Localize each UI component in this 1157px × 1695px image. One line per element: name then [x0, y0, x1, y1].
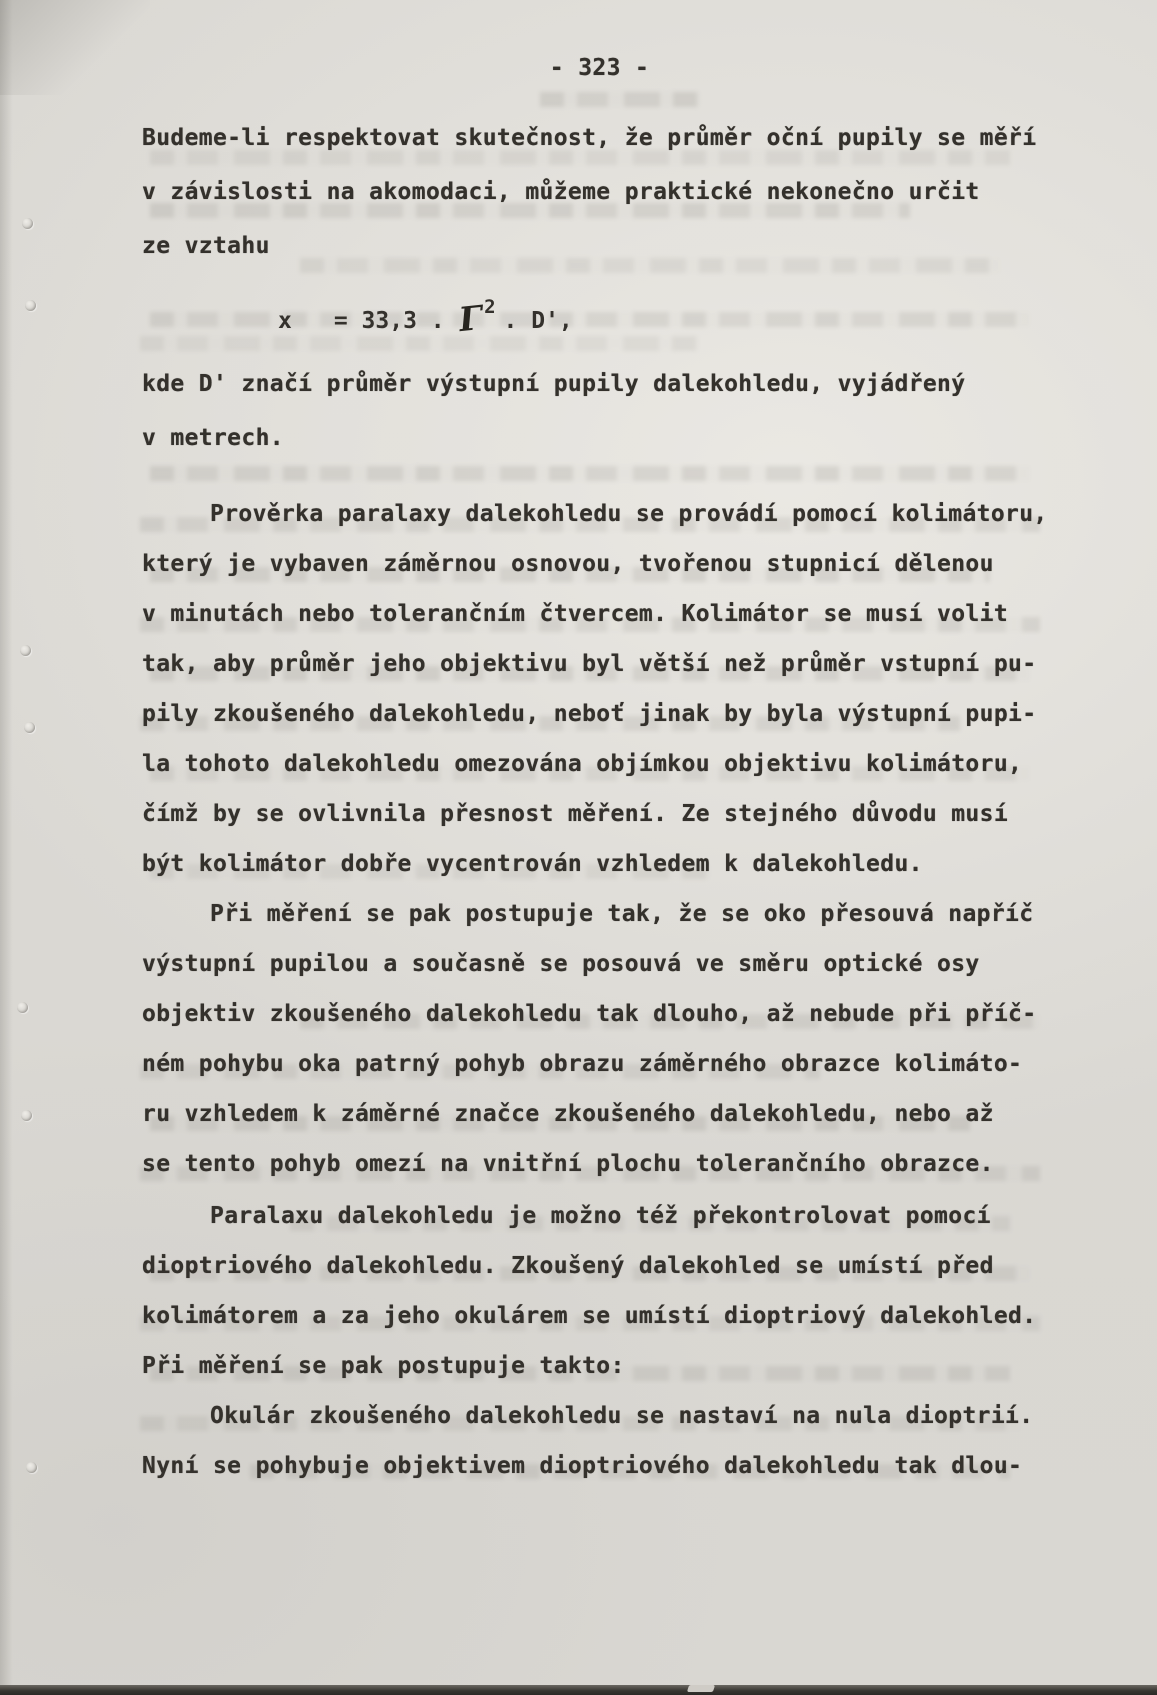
page-content: - 323 - Budeme-li respektovat skutečnost… — [0, 0, 1157, 1695]
binding-dimple — [24, 722, 35, 733]
binding-dimple — [22, 218, 33, 229]
binding-dimple — [25, 300, 36, 311]
paragraph-parallax-check: Paralaxu dalekohledu je možno též překon… — [142, 1191, 1057, 1391]
binding-dimple — [26, 1462, 37, 1473]
paragraph-definition: kde D' značí průměr výstupní pupily dale… — [142, 357, 1057, 465]
paragraph-measurement: Při měření se pak postupuje tak, že se o… — [142, 889, 1057, 1189]
scan-bottom-edge — [0, 1685, 1157, 1695]
paragraph-ocular: Okulár zkoušeného dalekohledu se nastaví… — [142, 1391, 1057, 1491]
page-number: - 323 - — [142, 53, 1057, 83]
formula-exit-pupil: x= 33,3 .Γ2. D', — [142, 287, 1057, 347]
scanned-document-page: - 323 - Budeme-li respektovat skutečnost… — [0, 0, 1157, 1695]
formula-mid: = 33,3 . — [334, 308, 445, 334]
paragraph-collimator: Prověrka paralaxy dalekohledu se provádí… — [142, 489, 1057, 889]
scan-edge-notch — [687, 1685, 715, 1692]
scan-corner-shadow — [0, 0, 150, 95]
formula-lhs: x — [278, 308, 292, 334]
binding-dimple — [21, 1110, 32, 1121]
binding-dimple — [20, 645, 31, 656]
formula-exponent: 2 — [484, 296, 495, 318]
gamma-symbol: Γ — [456, 288, 486, 350]
formula-tail: . D', — [504, 308, 573, 334]
binding-dimple — [17, 1002, 28, 1013]
paragraph-intro: Budeme-li respektovat skutečnost, že prů… — [142, 111, 1057, 273]
scan-left-edge-shadow — [0, 0, 14, 1695]
